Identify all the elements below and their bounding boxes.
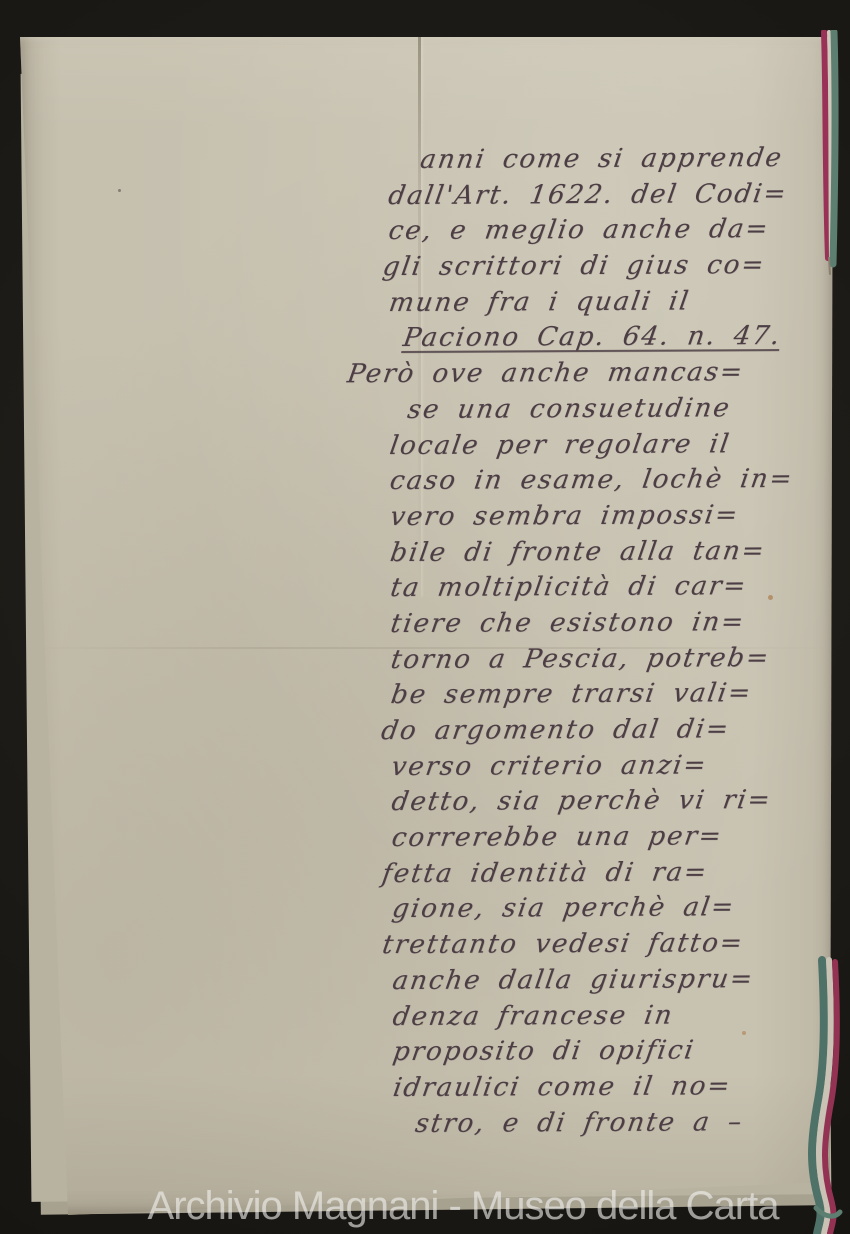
manuscript-line: locale per regolare il xyxy=(387,426,844,464)
manuscript-line: se una consuetudine xyxy=(405,390,844,428)
manuscript-line: verso criterio anzi= xyxy=(389,747,846,785)
manuscript-line: Però ove anche mancas= xyxy=(345,355,844,393)
manuscript-line: denza francese in xyxy=(390,997,847,1035)
manuscript-line: dall'Art. 1622. del Codi= xyxy=(386,176,843,214)
manuscript-line: mune fra i quali il xyxy=(386,283,843,321)
tricolor-ribbon-top xyxy=(812,30,846,280)
scan-background: anni come si apprende dall'Art. 1622. de… xyxy=(0,0,850,1234)
manuscript-line: idraulici come il no= xyxy=(390,1069,847,1107)
manuscript-line: gione, sia perchè al= xyxy=(389,890,846,928)
manuscript-line: do argomento dal di= xyxy=(379,712,846,750)
manuscript-line: ta moltiplicità di car= xyxy=(388,569,845,607)
manuscript-line: fetta identità di ra= xyxy=(379,854,846,892)
manuscript-line: be sempre trarsi vali= xyxy=(388,676,845,714)
tricolor-ribbon-bottom xyxy=(792,956,850,1234)
manuscript-line: trettanto vedesi fatto= xyxy=(380,926,847,964)
manuscript-line: bile di fronte alla tan= xyxy=(388,533,845,571)
foxing-spot xyxy=(118,189,121,192)
manuscript-line: vero sembra impossi= xyxy=(387,498,844,536)
manuscript-line: anni come si apprende xyxy=(418,141,843,179)
manuscript-line: anche dalla giurispru= xyxy=(390,961,847,999)
manuscript-line: correrebbe una per= xyxy=(389,819,846,857)
manuscript-line: caso in esame, lochè in= xyxy=(387,462,844,500)
manuscript-line: gli scrittori di gius co= xyxy=(380,248,843,286)
manuscript-line: proposito di opifici xyxy=(390,1033,847,1071)
manuscript-line: detto, sia perchè vi ri= xyxy=(389,783,846,821)
handwritten-text-block: anni come si apprende dall'Art. 1622. de… xyxy=(337,141,842,1143)
archive-watermark: Archivio Magnani - Museo della Carta xyxy=(148,1184,779,1229)
manuscript-line: tiere che esistono in= xyxy=(388,605,845,643)
manuscript-line: stro, e di fronte a – xyxy=(413,1104,848,1142)
manuscript-line-citation: Paciono Cap. 64. n. 47. xyxy=(401,319,844,357)
manuscript-line: torno a Pescia, potreb= xyxy=(388,640,845,678)
manuscript-line: ce, e meglio anche da= xyxy=(386,212,843,250)
